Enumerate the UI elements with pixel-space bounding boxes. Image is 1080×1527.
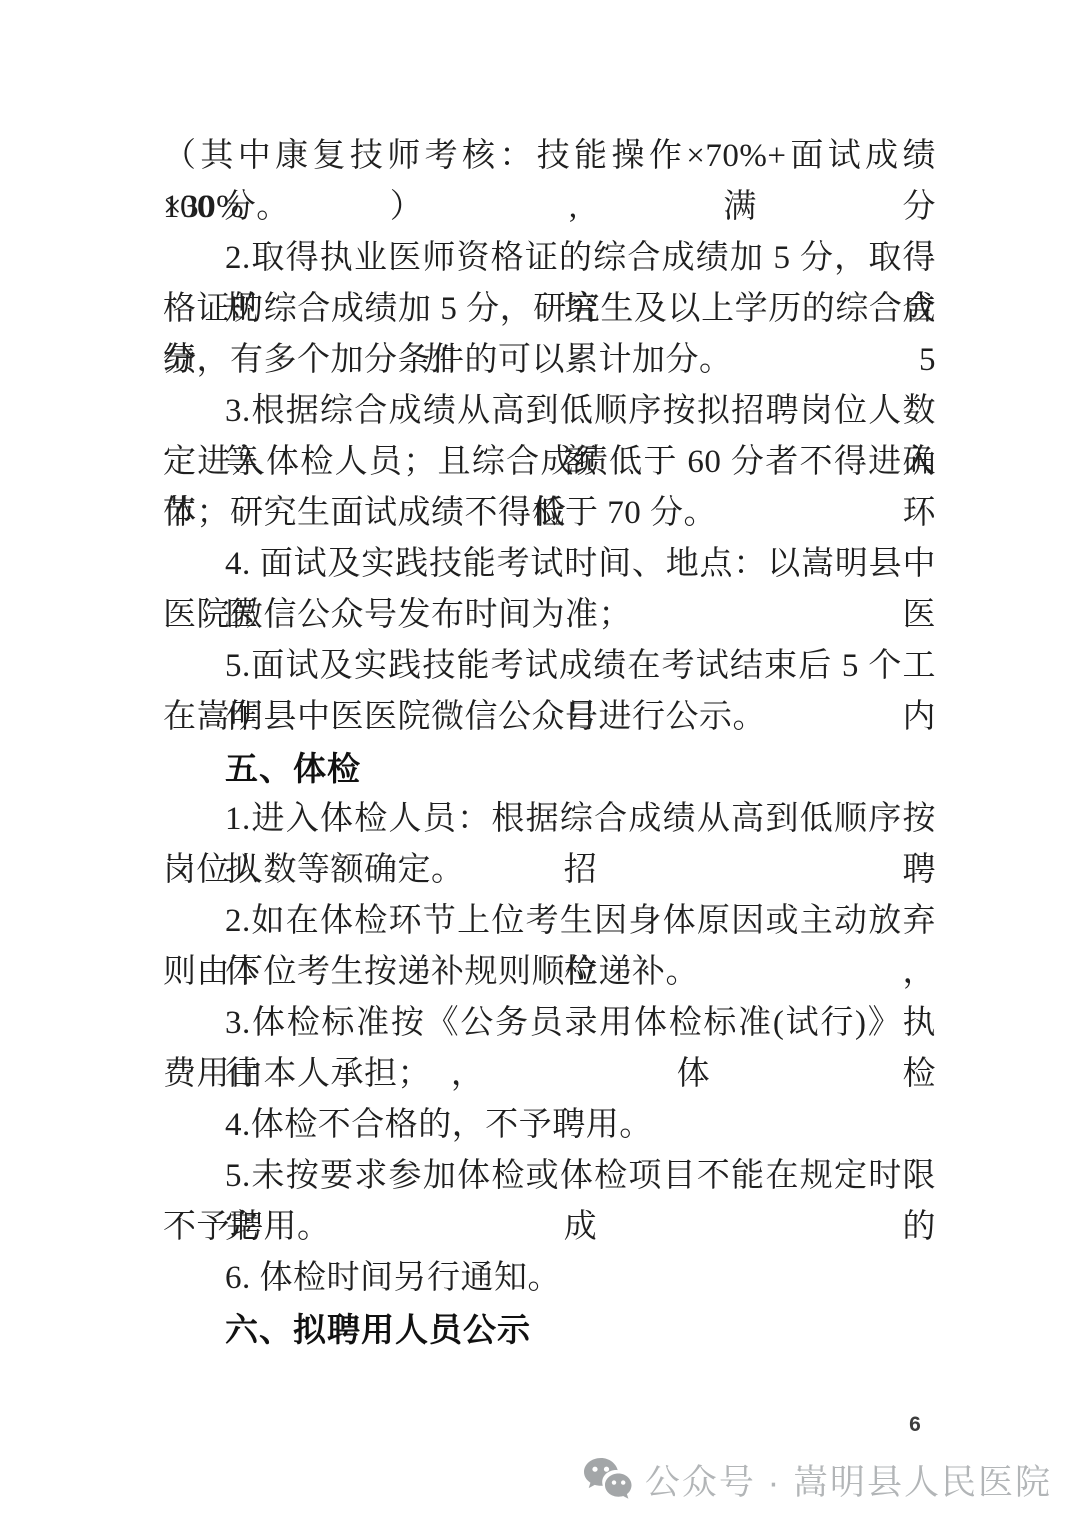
wechat-watermark: 公众号 · 嵩明县人民医院 <box>581 1455 1052 1505</box>
document-page: （其中康复技师考核：技能操作×70%+面试成绩×30%）,满分 100 分。 2… <box>0 0 1080 1527</box>
wechat-icon <box>581 1456 633 1504</box>
document-line: 6. 体检时间另行通知。 <box>163 1253 936 1304</box>
document-line: 2.取得执业医师资格证的综合成绩加 5 分，取得规培合 <box>163 233 936 284</box>
document-body: （其中康复技师考核：技能操作×70%+面试成绩×30%）,满分 100 分。 2… <box>163 131 936 1355</box>
document-line: 4. 面试及实践技能考试时间、地点：以嵩明县中医医 <box>163 539 936 590</box>
document-line: 格证的综合成绩加 5 分，研究生及以上学历的综合成绩加 5 <box>163 284 936 335</box>
document-line: 4.体检不合格的，不予聘用。 <box>163 1100 936 1151</box>
document-line: 5.面试及实践技能考试成绩在考试结束后 5 个工作日内 <box>163 641 936 692</box>
document-line: 1.进入体检人员：根据综合成绩从高到低顺序按拟招聘 <box>163 794 936 845</box>
document-line: 定进入体检人员；且综合成绩低于 60 分者不得进入体检环 <box>163 437 936 488</box>
document-line: 5.未按要求参加体检或体检项目不能在规定时限完成的 <box>163 1151 936 1202</box>
document-line: 3.体检标准按《公务员录用体检标准(试行)》执行，体检 <box>163 998 936 1049</box>
watermark-label: 公众号 · 嵩明县人民医院 <box>645 1455 1052 1505</box>
page-number: 6 <box>893 1413 937 1437</box>
document-line: （其中康复技师考核：技能操作×70%+面试成绩×30%）,满分 <box>163 131 936 182</box>
document-line: 2.如在体检环节上位考生因身体原因或主动放弃体检， <box>163 896 936 947</box>
document-line: 3.根据综合成绩从高到低顺序按拟招聘岗位人数等额确 <box>163 386 936 437</box>
heading-section-5-physical-exam: 五、体检 <box>163 743 936 794</box>
heading-section-6-proposed-hire-publicity: 六、拟聘用人员公示 <box>163 1304 936 1355</box>
